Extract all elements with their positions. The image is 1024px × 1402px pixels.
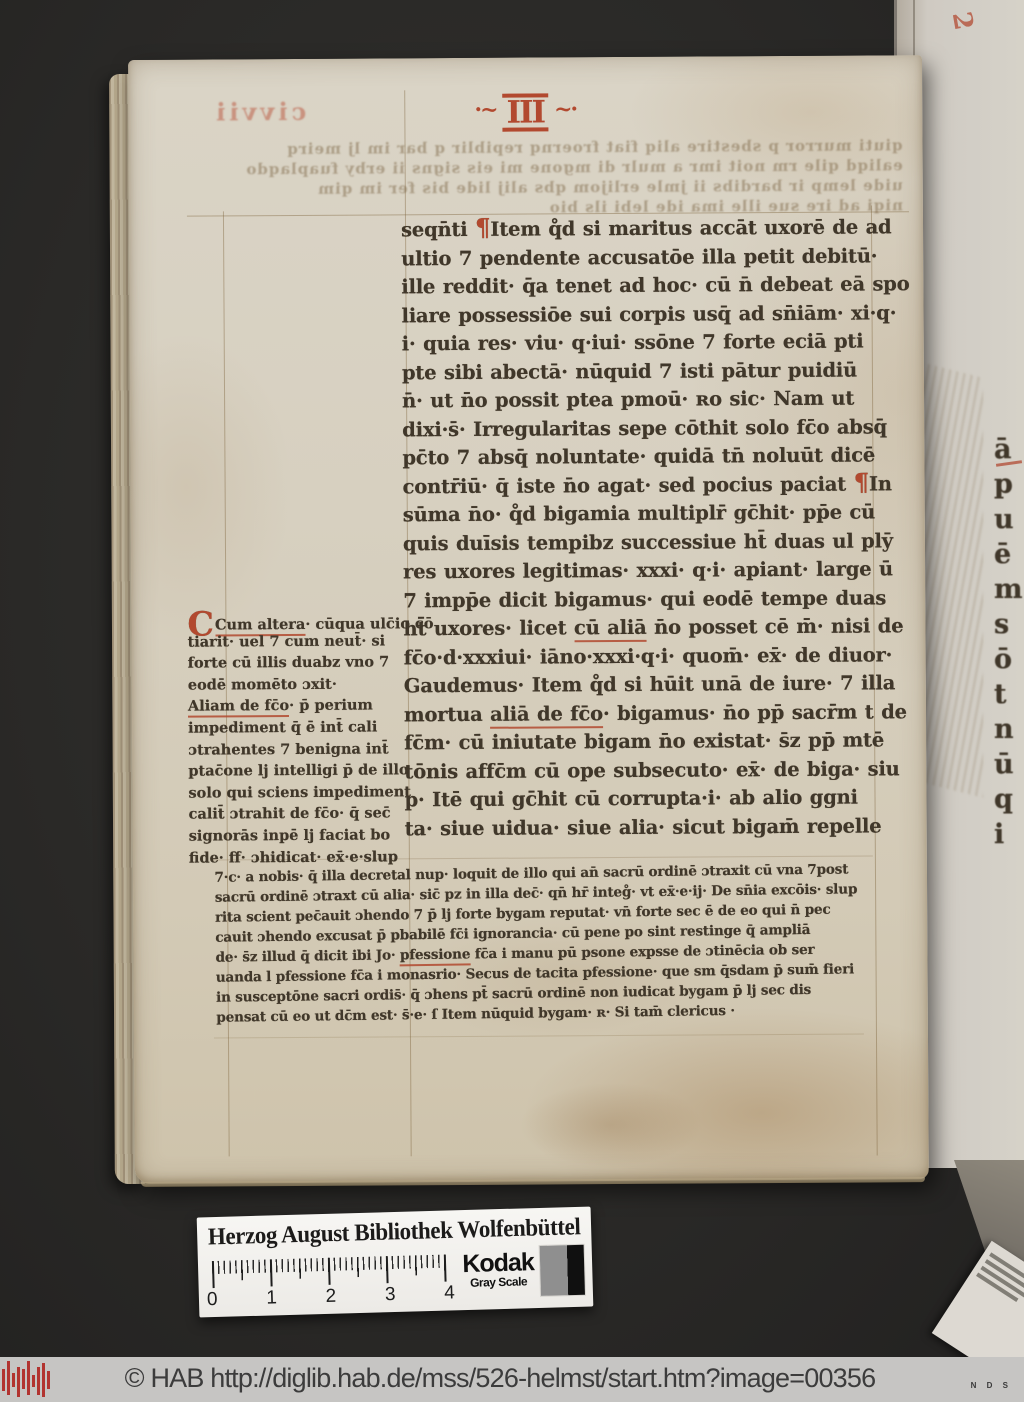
reference-card: Herzog August Bibliothek Wolfenbüttel 0 … <box>197 1207 594 1318</box>
gray-scale-patch <box>540 1245 585 1296</box>
ruler-number: 4 <box>444 1282 455 1304</box>
gloss-block: 7·c· a nobis· q̄ illa decretal nup· loqu… <box>214 861 864 1029</box>
manuscript-page: civvii qiuti murror p sbestire aliq fiat… <box>128 55 929 1184</box>
copyright-url: © HAB http://diglib.hab.de/mss/526-helms… <box>0 1363 1000 1394</box>
footer-strip: © HAB http://diglib.hab.de/mss/526-helms… <box>0 1357 1024 1402</box>
folio-number: III <box>502 93 548 131</box>
library-name: Herzog August Bibliothek Wolfenbüttel <box>197 1213 592 1251</box>
corner-mark: N D S <box>971 1381 1012 1390</box>
kodak-brand: Kodak <box>460 1250 537 1276</box>
ghost-text: qiuti murror p sbestire aliq fiat froern… <box>186 135 902 219</box>
showthrough-texture <box>921 362 983 797</box>
ruler-number: 3 <box>385 1284 396 1306</box>
ruling-hline-gloss-bottom <box>214 1034 864 1039</box>
kodak-label: Kodak Gray Scale <box>460 1250 537 1290</box>
ruler-number: 1 <box>266 1287 277 1309</box>
red-ink-mark: 2 <box>946 9 979 32</box>
flourish-left: ·~ <box>474 97 496 123</box>
digitized-manuscript-photo: 2 āpuēmsōtnūqi civvii qiuti murror p… <box>0 0 1024 1402</box>
flourish-right: ~· <box>554 96 576 122</box>
kodak-sub: Gray Scale <box>460 1274 536 1290</box>
ruler-number: 2 <box>325 1286 336 1308</box>
next-page-text-sliver: āpuēmsōtnūqi <box>994 432 1024 852</box>
margin-note: CCum altera· cūqua ulc̄io cōtiarit· ue… <box>187 610 403 870</box>
ruler-number: 0 <box>207 1289 218 1311</box>
main-text-column: seqn̄ti ¶Item q̊d si maritus accāt uxor… <box>401 215 891 846</box>
folio-number-area: ·~III~· <box>128 91 922 134</box>
